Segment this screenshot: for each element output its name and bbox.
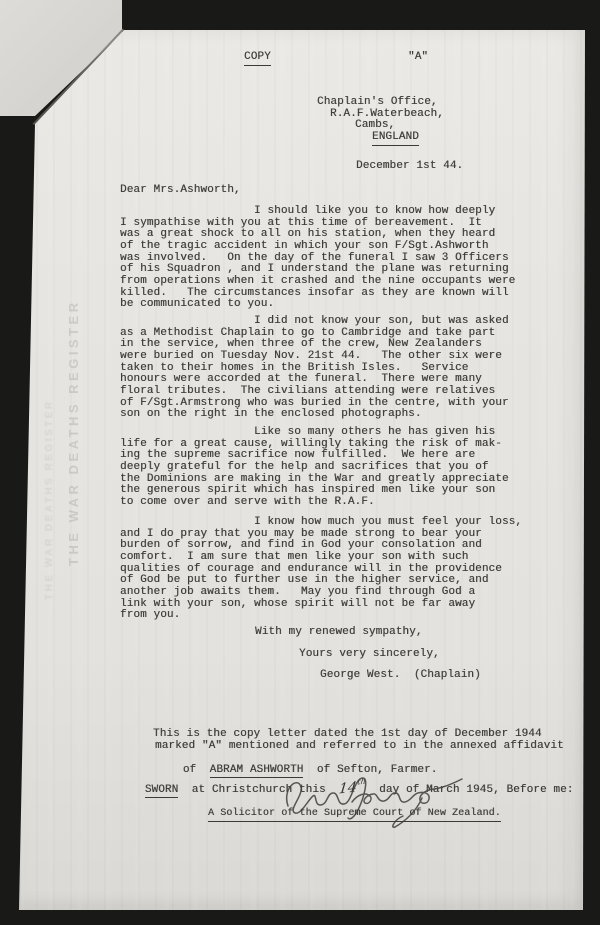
bleed-through-stamp-faint: THE WAR DEATHS REGISTER [44, 399, 55, 600]
letter-paragraph: I should like you to know how deeply I s… [120, 206, 515, 311]
solicitor-title-line: A Solicitor of the Supreme Court of New … [208, 808, 501, 822]
sworn-text: at Christchurch this [178, 784, 339, 796]
closing-line: With my renewed sympathy, [255, 627, 423, 639]
letter-paragraph: Like so many others he has given his lif… [120, 427, 509, 509]
affidavit-line: marked "A" mentioned and referred to in … [155, 741, 564, 753]
sender-address-country: ENGLAND [372, 132, 419, 146]
letter-paragraph: I know how much you must feel your loss,… [120, 517, 522, 622]
signoff-name: George West. (Chaplain) [320, 670, 481, 682]
sworn-label: SWORN [145, 784, 179, 798]
salutation: Dear Mrs.Ashworth, [120, 185, 241, 197]
document-scan: THE WAR DEATHS REGISTER THE WAR DEATHS R… [0, 0, 600, 925]
bleed-through-stamp: THE WAR DEATHS REGISTER [66, 299, 81, 566]
handwritten-day: 14th [338, 775, 366, 796]
closing-line: Yours very sincerely, [299, 649, 440, 661]
sender-address-line: Chaplain's Office, [317, 97, 438, 109]
sworn-line: SWORN at Christchurch this 14th day of M… [118, 765, 573, 808]
sworn-text: day of March 1945, Before me: [366, 784, 574, 796]
sender-address-line: Cambs, [355, 120, 395, 132]
copy-label: COPY [244, 52, 271, 66]
letter-date: December 1st 44. [356, 161, 463, 173]
affidavit-line: This is the copy letter dated the 1st da… [153, 729, 542, 741]
letter-paragraph: I did not know your son, but was asked a… [120, 316, 509, 421]
exhibit-a-label: "A" [408, 52, 428, 64]
